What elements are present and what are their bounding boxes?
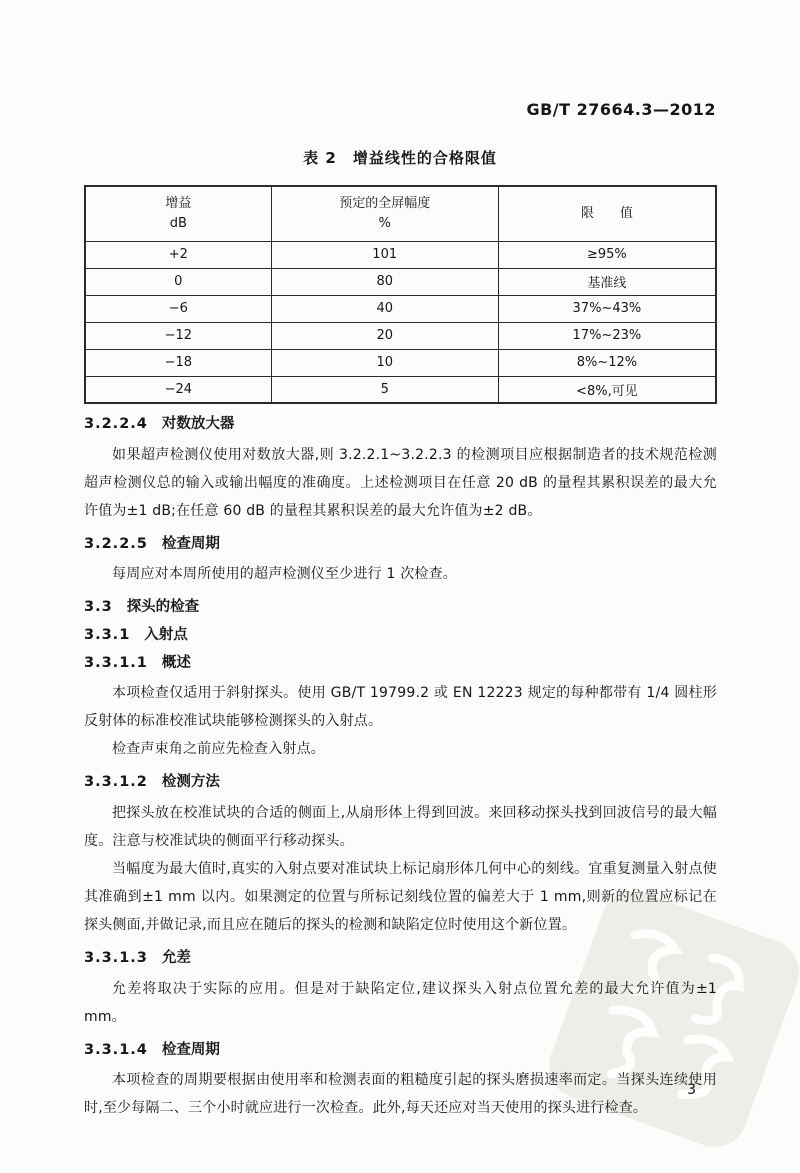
header-gain-label: 增益: [86, 196, 271, 212]
section-heading-331: 3.3.1入射点: [84, 627, 717, 644]
table-cell: 40: [271, 295, 498, 322]
table-header-fsh: 预定的全屏幅度 %: [271, 186, 498, 241]
paragraph: 检查声束角之前应先检查入射点。: [84, 735, 717, 763]
header-gain-unit: dB: [86, 216, 271, 232]
table-cell: −6: [85, 295, 271, 322]
section-title: 检测方法: [162, 774, 220, 790]
standard-number: GB/T 27664.3—2012: [526, 100, 716, 119]
section-title: 探头的检查: [127, 599, 200, 615]
table-cell: −24: [85, 376, 271, 403]
header-fsh-unit: %: [272, 216, 498, 232]
section-number: 3.2.2.4: [84, 416, 148, 432]
table-cell: −18: [85, 349, 271, 376]
table-cell: 10: [271, 349, 498, 376]
section-heading-3311: 3.3.1.1概述: [84, 655, 717, 672]
section-number: 3.3.1.2: [84, 774, 148, 790]
table-cell: −12: [85, 322, 271, 349]
header-limit-label: 限 值: [499, 206, 715, 222]
paragraph: 本项检查的周期要根据由使用率和检测表面的粗糙度引起的探头磨损速率而定。当探头连续…: [84, 1066, 717, 1122]
table-row: +2 101 ≥95%: [85, 241, 716, 268]
paragraph: 每周应对本周所使用的超声检测仪至少进行 1 次检查。: [84, 560, 717, 588]
table-header-row: 增益 dB 预定的全屏幅度 % 限 值: [85, 186, 716, 241]
section-number: 3.3: [84, 599, 113, 615]
table-title: 表 2 增益线性的合格限值: [0, 147, 800, 168]
section-number: 3.3.1.1: [84, 655, 148, 671]
table-cell: 101: [271, 241, 498, 268]
section-title: 概述: [162, 655, 191, 671]
table-cell: 80: [271, 268, 498, 295]
table-cell: 基准线: [498, 268, 716, 295]
document-body: 3.2.2.4对数放大器 如果超声检测仪使用对数放大器,则 3.2.2.1~3.…: [84, 416, 717, 1122]
table-cell: 37%~43%: [498, 295, 716, 322]
section-title: 检查周期: [162, 536, 220, 552]
section-number: 3.3.1: [84, 627, 130, 643]
table-cell: 17%~23%: [498, 322, 716, 349]
paragraph: 本项检查仅适用于斜射探头。使用 GB/T 19799.2 或 EN 12223 …: [84, 679, 717, 735]
table-header-gain: 增益 dB: [85, 186, 271, 241]
table-row: −6 40 37%~43%: [85, 295, 716, 322]
table-row: −18 10 8%~12%: [85, 349, 716, 376]
document-page: GB/T 27664.3—2012 表 2 增益线性的合格限值 增益 dB 预定…: [0, 0, 800, 1173]
table-cell: 5: [271, 376, 498, 403]
table-header-limit: 限 值: [498, 186, 716, 241]
section-heading-3224: 3.2.2.4对数放大器: [84, 416, 717, 433]
paragraph: 把探头放在校准试块的合适的侧面上,从扇形体上得到回波。来回移动探头找到回波信号的…: [84, 799, 717, 855]
section-number: 3.3.1.3: [84, 950, 148, 966]
gain-linearity-table: 增益 dB 预定的全屏幅度 % 限 值: [84, 185, 717, 404]
header-fsh-label: 预定的全屏幅度: [272, 196, 498, 212]
table-cell: ≥95%: [498, 241, 716, 268]
table-cell: 8%~12%: [498, 349, 716, 376]
table-cell: +2: [85, 241, 271, 268]
section-heading-3314: 3.3.1.4检查周期: [84, 1042, 717, 1059]
section-title: 入射点: [144, 627, 188, 643]
section-heading-3312: 3.3.1.2检测方法: [84, 774, 717, 791]
table-cell: <8%,可见: [498, 376, 716, 403]
section-title: 允差: [162, 950, 191, 966]
section-title: 对数放大器: [162, 416, 235, 432]
table-row: −24 5 <8%,可见: [85, 376, 716, 403]
page-number: 3: [687, 1082, 696, 1098]
section-number: 3.2.2.5: [84, 536, 148, 552]
section-heading-3313: 3.3.1.3允差: [84, 950, 717, 967]
section-heading-33: 3.3探头的检查: [84, 599, 717, 616]
section-number: 3.3.1.4: [84, 1042, 148, 1058]
table-cell: 20: [271, 322, 498, 349]
paragraph: 允差将取决于实际的应用。但是对于缺陷定位,建议探头入射点位置允差的最大允许值为±…: [84, 975, 717, 1031]
table-row: −12 20 17%~23%: [85, 322, 716, 349]
paragraph: 当幅度为最大值时,真实的入射点要对准试块上标记扇形体几何中心的刻线。宜重复测量入…: [84, 855, 717, 939]
paragraph: 如果超声检测仪使用对数放大器,则 3.2.2.1~3.2.2.3 的检测项目应根…: [84, 441, 717, 525]
table-row: 0 80 基准线: [85, 268, 716, 295]
section-title: 检查周期: [162, 1042, 220, 1058]
table-cell: 0: [85, 268, 271, 295]
section-heading-3225: 3.2.2.5检查周期: [84, 536, 717, 553]
